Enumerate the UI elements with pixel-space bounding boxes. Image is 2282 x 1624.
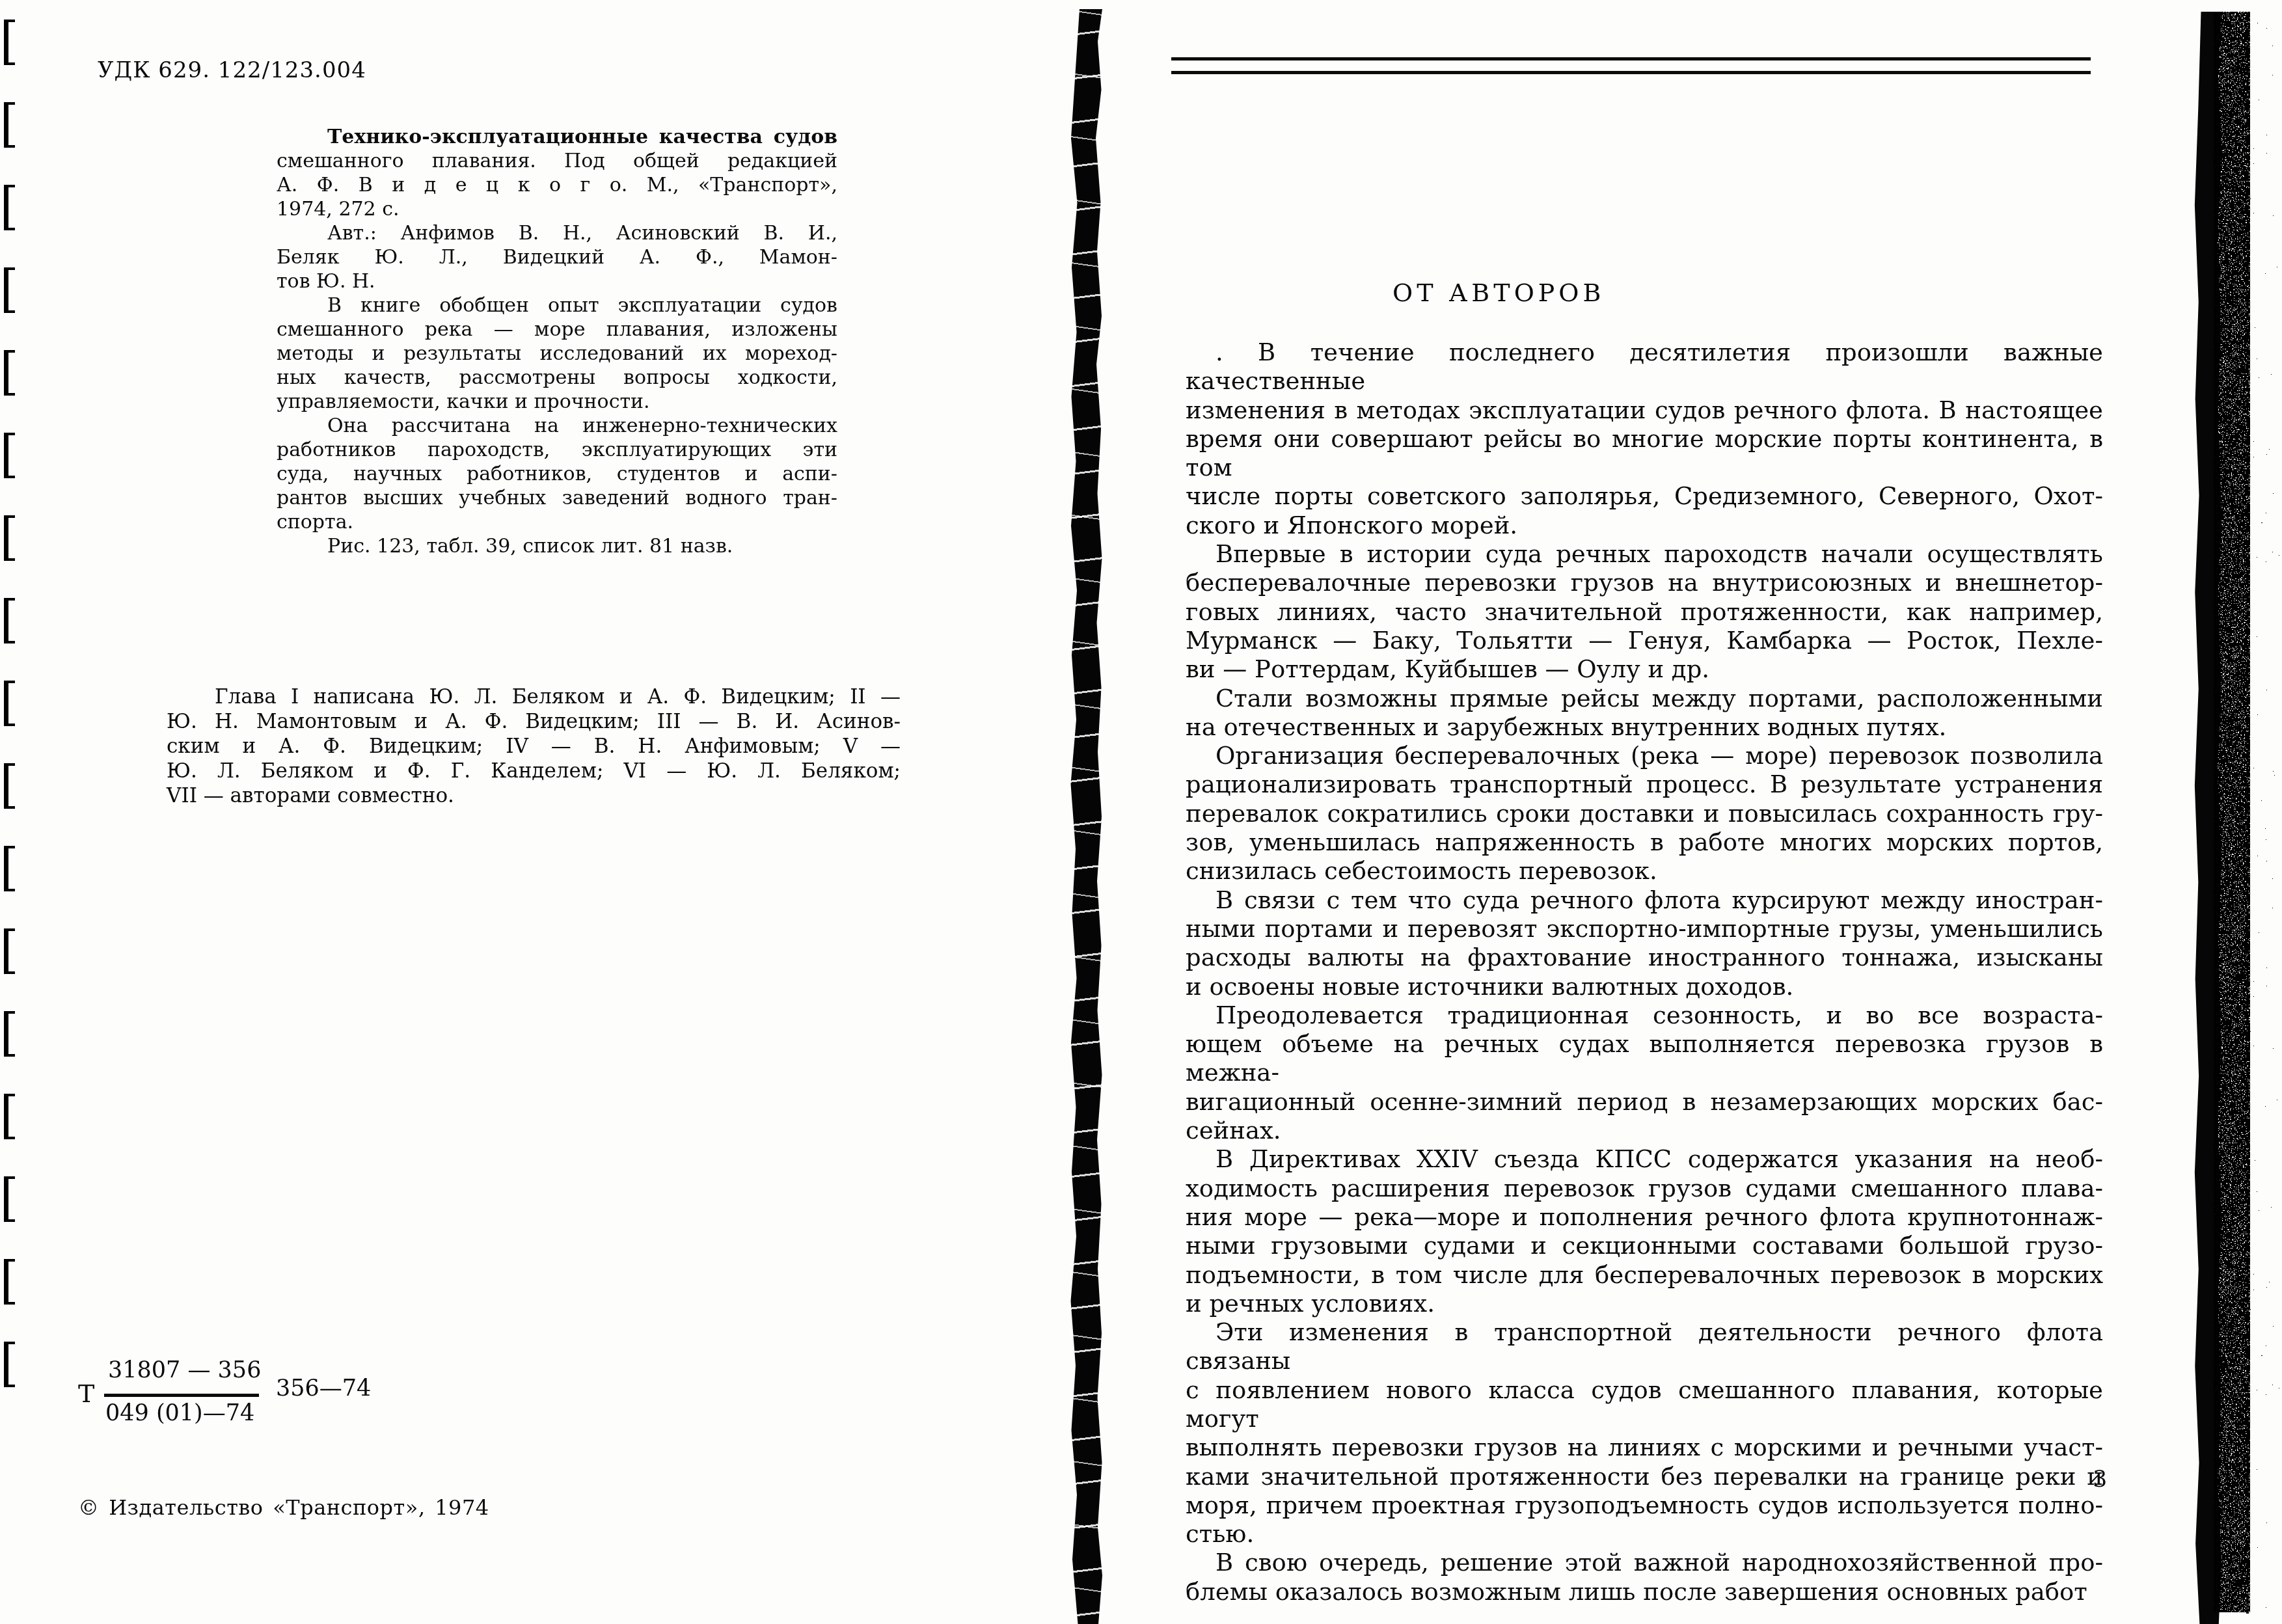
text-line: Эти изменения в транспортной деятельност… <box>1186 1318 2103 1376</box>
page-gutter-shadow <box>1070 9 1102 1624</box>
udc-code: УДК 629. 122/123.004 <box>98 57 366 83</box>
text-line: Технико-эксплуатационные качества судов <box>277 125 837 149</box>
text-line: числе порты советского заполярья, Средиз… <box>1186 482 2103 511</box>
text-line: ками значительной протяженности без пере… <box>1186 1463 2103 1491</box>
text-line: блемы оказалось возможным лишь после зав… <box>1186 1578 2103 1606</box>
binding-bracket-mark <box>4 598 15 643</box>
paragraph: В книге обобщен опыт эксплуатации судовс… <box>277 293 837 414</box>
text-line: перевалок сократились сроки доставки и п… <box>1186 800 2103 828</box>
paragraph: В связи с тем что суда речного флота кур… <box>1186 886 2103 1001</box>
text-line: изменения в методах эксплуатации судов р… <box>1186 396 2103 425</box>
paragraph: Технико-эксплуатационные качества судовс… <box>277 125 837 221</box>
binding-bracket-mark <box>4 515 15 561</box>
chapter-authorship-note: Глава I написана Ю. Л. Беляком и А. Ф. В… <box>167 684 901 808</box>
text-line: ных качеств, рассмотрены вопросы ходкост… <box>277 366 837 390</box>
text-line: и речных условиях. <box>1186 1290 2103 1318</box>
paragraph: В свою очередь, решение этой важной наро… <box>1186 1549 2103 1606</box>
binding-bracket-mark <box>4 928 15 974</box>
text-line: время они совершают рейсы во многие морс… <box>1186 425 2103 483</box>
text-line: работников пароходств, эксплуатирующих э… <box>277 438 837 462</box>
text-line: спорта. <box>277 510 837 534</box>
catalog-index: Т 31807 — 356 049 (01)—74 356—74 <box>77 1357 441 1442</box>
text-line: тов Ю. Н. <box>277 269 837 293</box>
text-line: ского и Японского морей. <box>1186 511 2103 540</box>
binding-bracket-mark <box>4 185 15 230</box>
text-line: Авт.: Анфимов В. Н., Асиновский В. И., <box>277 221 837 245</box>
binding-bracket-mark <box>4 1259 15 1305</box>
binding-bracket-mark <box>4 1342 15 1387</box>
text-line: VII — авторами совместно. <box>167 783 901 808</box>
text-line: Организация бесперевалочных (река — море… <box>1186 742 2103 770</box>
body-text: . В течение последнего десятилетия произ… <box>1186 338 2103 1606</box>
text-line: Рис. 123, табл. 39, список лит. 81 назв. <box>277 534 837 558</box>
text-line: 1974, 272 с. <box>277 197 837 221</box>
text-line: В Директивах XXIV съезда КПСС содержатся… <box>1186 1145 2103 1174</box>
binding-bracket-mark <box>4 350 15 396</box>
text-line: Ю. Л. Беляком и Ф. Г. Канделем; VI — Ю. … <box>167 759 901 783</box>
text-line: моря, причем проектная грузоподъемность … <box>1186 1491 2103 1520</box>
text-line: рационализировать транспортный процесс. … <box>1186 770 2103 799</box>
binding-bracket-mark <box>4 846 15 891</box>
text-line: Преодолевается традиционная сезонность, … <box>1186 1001 2103 1030</box>
paragraph: . В течение последнего десятилетия произ… <box>1186 338 2103 540</box>
text-line: бесперевалочные перевозки грузов на внут… <box>1186 569 2103 597</box>
binding-bracket-mark <box>4 1176 15 1222</box>
paragraph: Стали возможны прямые рейсы между портам… <box>1186 684 2103 742</box>
text-line: управляемости, качки и прочности. <box>277 390 837 414</box>
text-line: Глава I написана Ю. Л. Беляком и А. Ф. В… <box>167 684 901 709</box>
text-line: стью. <box>1186 1520 2103 1549</box>
text-line: подъемности, в том числе для бесперевало… <box>1186 1261 2103 1290</box>
text-line: методы и результаты исследований их море… <box>277 342 837 366</box>
text-line: смешанного плавания. Под общей редакцией <box>277 149 837 173</box>
text-line: Она рассчитана на инженерно-технических <box>277 414 837 438</box>
text-line: ными грузовыми судами и секционными сост… <box>1186 1232 2103 1260</box>
text-line: А. Ф. В и д е ц к о г о. М., «Транспорт»… <box>277 173 837 197</box>
page-number: 3 <box>2093 1467 2107 1493</box>
binding-bracket-mark <box>4 433 15 478</box>
text-line: ными портами и перевозят экспортно-импор… <box>1186 915 2103 943</box>
catalog-index-suffix: 356—74 <box>276 1375 371 1401</box>
text-line: Беляк Ю. Л., Видецкий А. Ф., Мамон- <box>277 245 837 269</box>
binding-bracket-mark <box>4 1011 15 1057</box>
paragraph: В Директивах XXIV съезда КПСС содержатся… <box>1186 1145 2103 1318</box>
paragraph: Рис. 123, табл. 39, список лит. 81 назв. <box>277 534 837 558</box>
text-line: суда, научных работников, студентов и ас… <box>277 462 837 486</box>
catalog-index-numerator: 31807 — 356 <box>108 1357 261 1383</box>
fraction-bar <box>104 1394 259 1397</box>
binding-bracket-mark <box>4 267 15 313</box>
binding-bracket-mark <box>4 1094 15 1139</box>
catalog-index-prefix: Т <box>78 1379 94 1408</box>
text-line: ющем объеме на речных судах выполняется … <box>1186 1030 2103 1088</box>
header-rule-top <box>1171 57 2091 61</box>
text-line: и освоены новые источники валютных доход… <box>1186 973 2103 1001</box>
text-line: Стали возможны прямые рейсы между портам… <box>1186 684 2103 713</box>
text-line: выполнять перевозки грузов на линиях с м… <box>1186 1433 2103 1462</box>
paragraph: Организация бесперевалочных (река — море… <box>1186 742 2103 886</box>
text-line: на отечественных и зарубежных внутренних… <box>1186 713 2103 742</box>
bibliographic-annotation: Технико-эксплуатационные качества судовс… <box>277 125 837 558</box>
text-line: зов, уменьшилась напряженность в работе … <box>1186 828 2103 857</box>
text-line: смешанного река — море плавания, изложен… <box>277 318 837 342</box>
right-edge-noise-sparse <box>2250 0 2282 1624</box>
text-line: с появлением нового класса судов смешанн… <box>1186 1376 2103 1434</box>
paragraph: Эти изменения в транспортной деятельност… <box>1186 1318 2103 1549</box>
right-edge-shadow <box>2194 12 2221 1624</box>
text-line: Ю. Н. Мамонтовым и А. Ф. Видецким; III —… <box>167 709 901 734</box>
text-line: ходимость расширения перевозок грузов су… <box>1186 1174 2103 1203</box>
copyright-line: © Издательство «Транспорт», 1974 <box>78 1495 489 1520</box>
header-rule-bottom <box>1171 71 2091 74</box>
text-line: говых линиях, часто значительной протяже… <box>1186 598 2103 627</box>
binding-bracket-mark <box>4 102 15 148</box>
paragraph: Впервые в истории суда речных пароходств… <box>1186 540 2103 684</box>
text-line: вигационный осенне-зимний период в незам… <box>1186 1088 2103 1116</box>
text-line: снизилась себестоимость перевозок. <box>1186 857 2103 886</box>
binding-bracket-mark <box>4 763 15 809</box>
paragraph: Глава I написана Ю. Л. Беляком и А. Ф. В… <box>167 684 901 808</box>
text-line: В книге обобщен опыт эксплуатации судов <box>277 293 837 318</box>
text-line: ви — Роттердам, Куйбышев — Оулу и др. <box>1186 655 2103 684</box>
text-line: расходы валюты на фрахтование иностранно… <box>1186 943 2103 972</box>
catalog-index-denominator: 049 (01)—74 <box>105 1400 254 1426</box>
text-line: В свою очередь, решение этой важной наро… <box>1186 1549 2103 1577</box>
text-line: рантов высших учебных заведений водного … <box>277 486 837 510</box>
text-line: Впервые в истории суда речных пароходств… <box>1186 540 2103 569</box>
scanned-book-spread: УДК 629. 122/123.004 Технико-эксплуатаци… <box>0 0 2282 1624</box>
paragraph: Авт.: Анфимов В. Н., Асиновский В. И.,Бе… <box>277 221 837 293</box>
paragraph: Преодолевается традиционная сезонность, … <box>1186 1001 2103 1145</box>
text-line: ским и А. Ф. Видецким; IV — В. Н. Анфимо… <box>167 734 901 759</box>
binding-bracket-mark <box>4 681 15 726</box>
text-line: В связи с тем что суда речного флота кур… <box>1186 886 2103 915</box>
text-line: ния море — река—море и пополнения речног… <box>1186 1203 2103 1232</box>
text-line: . В течение последнего десятилетия произ… <box>1186 338 2103 396</box>
paragraph: Она рассчитана на инженерно-техническихр… <box>277 414 837 534</box>
right-edge-broken-line <box>2246 13 2249 1614</box>
text-line: Мурманск — Баку, Тольятти — Генуя, Камба… <box>1186 627 2103 655</box>
text-line: сейнах. <box>1186 1116 2103 1145</box>
section-title: ОТ АВТОРОВ <box>1392 278 1605 307</box>
binding-bracket-mark <box>4 20 15 65</box>
